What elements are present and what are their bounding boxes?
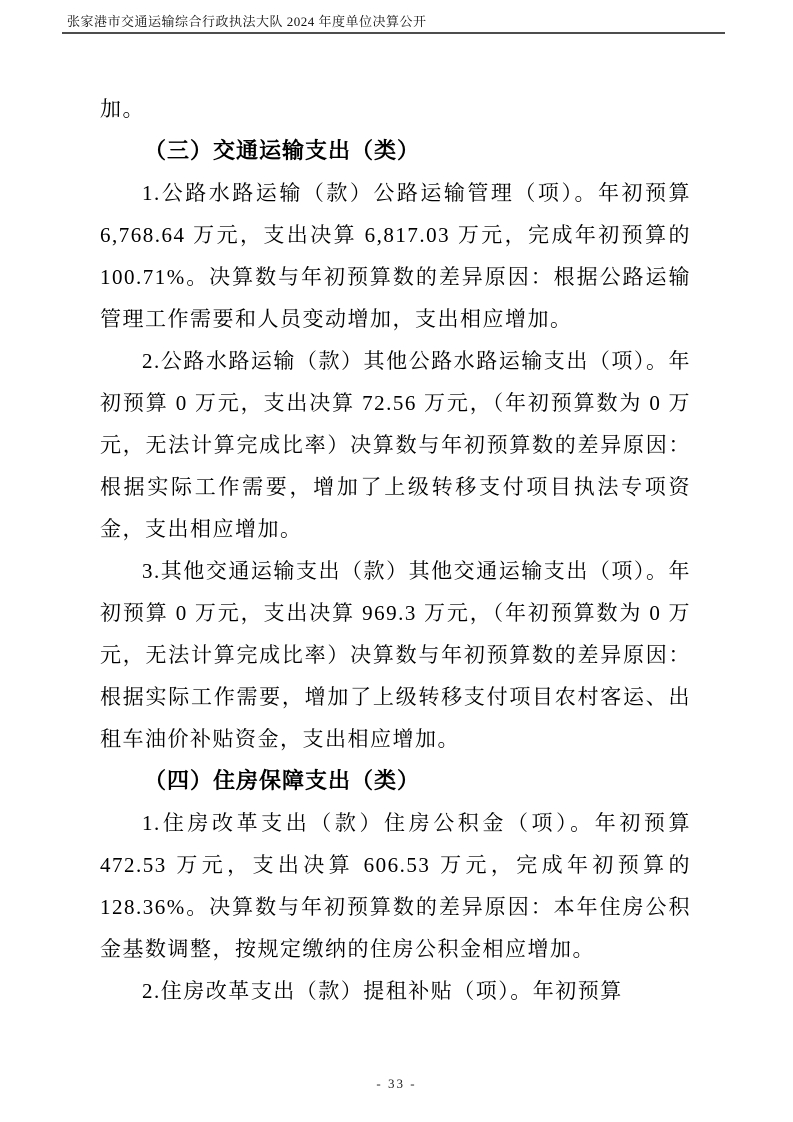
section-heading-transport-expenditure: （三）交通运输支出（类） — [100, 130, 691, 172]
document-footer: - 33 - — [0, 1076, 793, 1092]
paragraph-continuation: 加。 — [100, 88, 691, 130]
paragraph-housing-provident-fund: 1.住房改革支出（款）住房公积金（项）。年初预算 472.53 万元，支出决算 … — [100, 802, 691, 970]
document-header-title: 张家港市交通运输综合行政执法大队 2024 年度单位决算公开 — [67, 11, 427, 30]
paragraph-rent-subsidy: 2.住房改革支出（款）提租补贴（项）。年初预算 — [100, 970, 691, 1012]
document-body: 加。 （三）交通运输支出（类） 1.公路水路运输（款）公路运输管理（项）。年初预… — [100, 88, 691, 1012]
paragraph-highway-transport-management: 1.公路水路运输（款）公路运输管理（项）。年初预算 6,768.64 万元，支出… — [100, 172, 691, 340]
paragraph-other-transport-expenditure: 3.其他交通运输支出（款）其他交通运输支出（项）。年初预算 0 万元，支出决算 … — [100, 550, 691, 760]
section-heading-housing-security-expenditure: （四）住房保障支出（类） — [100, 760, 691, 802]
page-number: - 33 - — [376, 1076, 416, 1091]
header-divider-rule — [62, 32, 725, 34]
document-page: 张家港市交通运输综合行政执法大队 2024 年度单位决算公开 加。 （三）交通运… — [0, 0, 793, 1122]
paragraph-other-highway-water-transport: 2.公路水路运输（款）其他公路水路运输支出（项）。年初预算 0 万元，支出决算 … — [100, 340, 691, 550]
